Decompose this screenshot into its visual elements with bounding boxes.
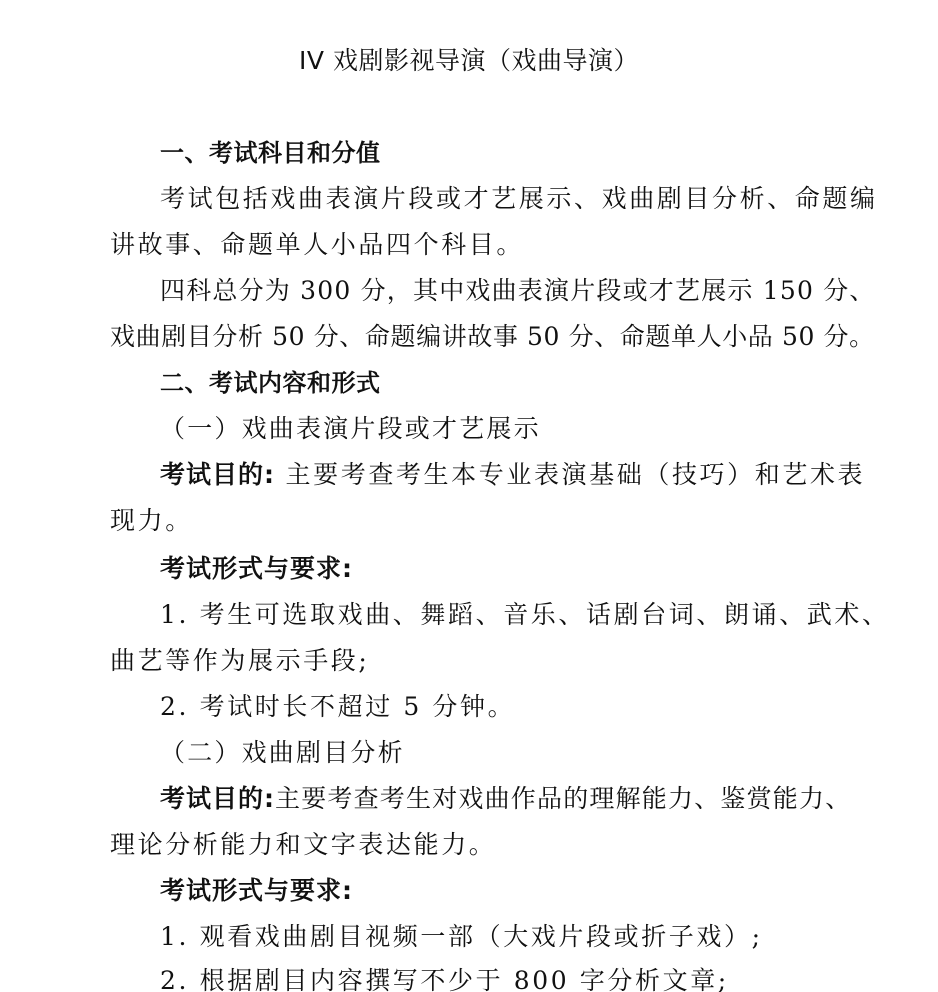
paragraph-line: 考试包括戏曲表演片段或才艺展示、戏曲剧目分析、命题编 <box>160 184 878 214</box>
document-title: IV 戏剧影视导演（戏曲导演） <box>0 46 938 76</box>
purpose-line: 考试目的:主要考查考生对戏曲作品的理解能力、鉴赏能力、 <box>160 784 851 814</box>
purpose-label: 考试目的: <box>160 784 275 813</box>
paragraph-line: 四科总分为 300 分，其中戏曲表演片段或才艺展示 150 分、 <box>160 276 876 306</box>
requirement-item-continued: 曲艺等作为展示手段; <box>110 646 369 676</box>
purpose-text: 主要考查考生本专业表演基础（技巧）和艺术表 <box>286 460 866 489</box>
purpose-line-continued: 理论分析能力和文字表达能力。 <box>110 830 496 860</box>
document-page: IV 戏剧影视导演（戏曲导演） 一、考试科目和分值 考试包括戏曲表演片段或才艺展… <box>0 0 938 992</box>
requirement-item: 1. 观看戏曲剧目视频一部（大戏片段或折子戏）; <box>160 922 763 952</box>
format-label: 考试形式与要求: <box>160 554 353 584</box>
requirement-item: 2. 根据剧目内容撰写不少于 800 字分析文章; <box>160 966 729 992</box>
section-heading-subjects-scores: 一、考试科目和分值 <box>160 138 381 168</box>
purpose-line-continued: 现力。 <box>110 506 193 536</box>
subsection-heading-performance: （一）戏曲表演片段或才艺展示 <box>160 414 541 444</box>
section-heading-content-format: 二、考试内容和形式 <box>160 368 381 398</box>
paragraph-line: 戏曲剧目分析 50 分、命题编讲故事 50 分、命题单人小品 50 分。 <box>110 322 875 352</box>
requirement-item: 2. 考试时长不超过 5 分钟。 <box>160 692 515 722</box>
purpose-text: 主要考查考生对戏曲作品的理解能力、鉴赏能力、 <box>275 784 851 813</box>
paragraph-line: 讲故事、命题单人小品四个科目。 <box>110 230 524 260</box>
subsection-heading-repertoire-analysis: （二）戏曲剧目分析 <box>160 738 405 768</box>
purpose-label: 考试目的: <box>160 460 275 489</box>
format-label: 考试形式与要求: <box>160 876 353 906</box>
requirement-item: 1. 考生可选取戏曲、舞蹈、音乐、话剧台词、朗诵、武术、 <box>160 600 890 630</box>
purpose-line: 考试目的: 主要考查考生本专业表演基础（技巧）和艺术表 <box>160 460 865 490</box>
